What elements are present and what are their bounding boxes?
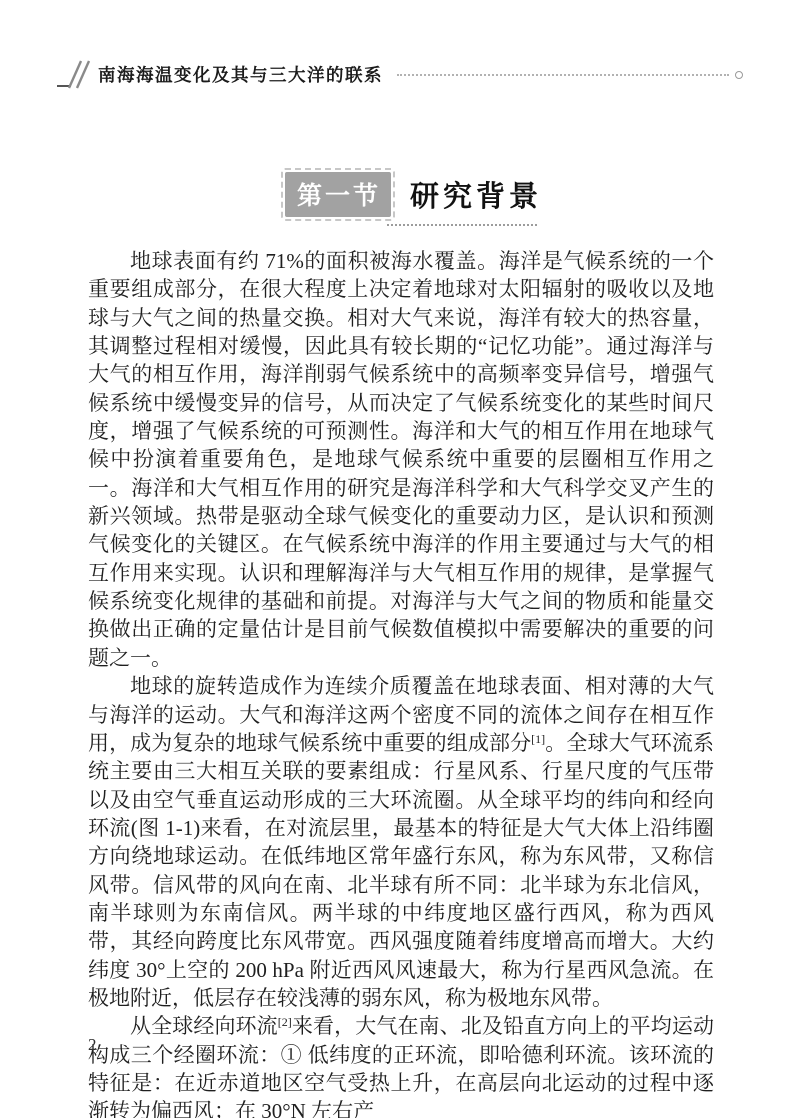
book-title: 南海海温变化及其与三大洋的联系 [98,62,383,87]
paragraph: 从全球经向环流[2]来看，大气在南、北及铅直方向上的平均运动构成三个经圈环流：①… [88,1012,714,1118]
paragraph: 地球表面有约 71%的面积被海水覆盖。海洋是气候系统的一个重要组成部分，在很大程… [88,247,714,672]
page-number: 2 [88,1035,97,1055]
section-title: 研究背景 [410,174,542,215]
book-page: 南海海温变化及其与三大洋的联系 第一节 研究背景 地球表面有约 71%的面积被海… [0,0,799,1118]
paragraph-text: 地球表面有约 71%的面积被海水覆盖。海洋是气候系统的一个重要组成部分，在很大程… [88,249,714,670]
section-title-underline [387,224,537,226]
section-label-frame: 第一节 [281,168,395,221]
citation-ref: [2] [278,1015,292,1029]
section-heading: 第一节 研究背景 [281,168,542,221]
body-text: 地球表面有约 71%的面积被海水覆盖。海洋是气候系统的一个重要组成部分，在很大程… [88,247,714,1118]
circle-end-icon [735,71,743,79]
double-slash-icon [56,58,92,90]
citation-ref: [1] [531,732,545,746]
paragraph-text: 。全球大气环流系统主要由三大相互关联的要素组成：行星风系、行星尺度的气压带以及由… [88,731,714,1010]
paragraph: 地球的旋转造成作为连续介质覆盖在地球表面、相对薄的大气与海洋的运动。大气和海洋这… [88,672,714,1012]
page-header: 南海海温变化及其与三大洋的联系 [56,56,743,92]
section-label: 第一节 [285,172,391,217]
paragraph-text: 从全球经向环流 [130,1014,278,1038]
header-dotted-rule [397,74,729,76]
